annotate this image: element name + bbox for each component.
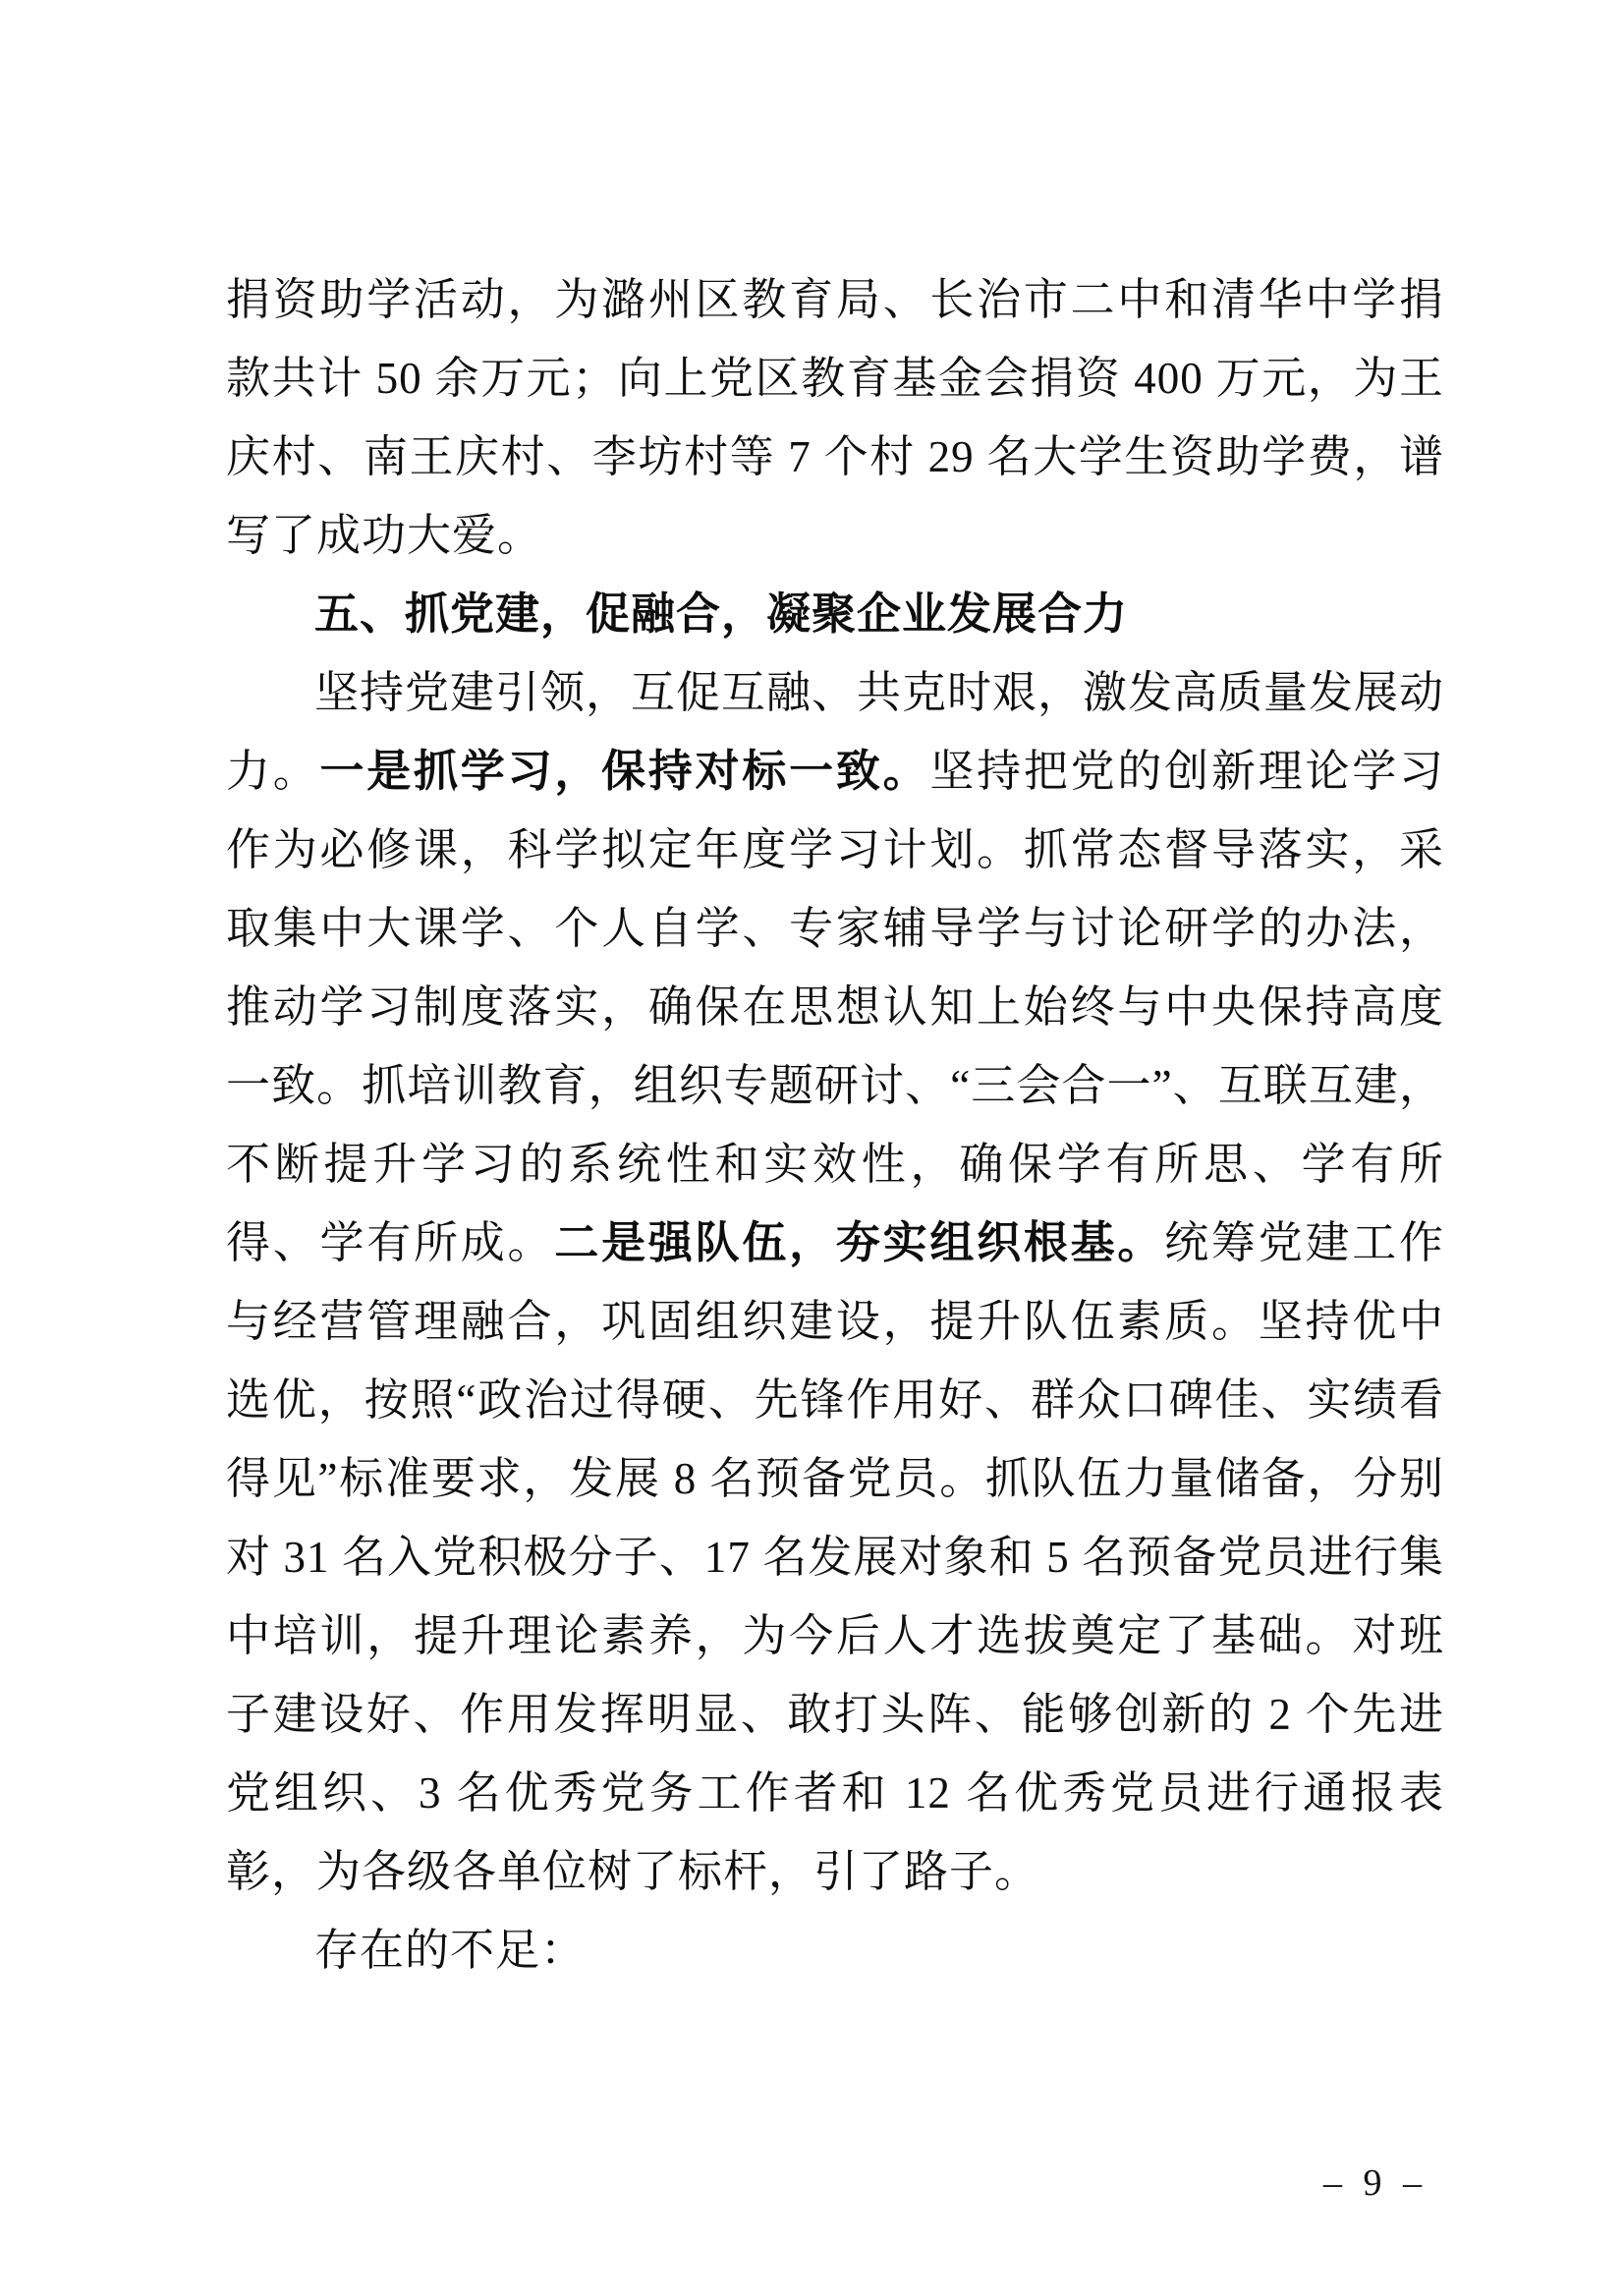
heading-text-run: 五、抓党建，促融合，凝聚企业发展合力 — [314, 588, 1128, 640]
page-number: – 9 – — [1307, 2157, 1444, 2209]
text-run: 坚持把党的创新理论学习作为必修课，科学拟定年度学习计划。抓常态督导落实，采取集中… — [226, 747, 1444, 1267]
paragraph-shortcomings-label: 存在的不足： — [226, 1911, 1444, 1989]
document-page: 捐资助学活动，为潞州区教育局、长治市二中和清华中学捐款共计 50 余万元；向上党… — [0, 0, 1624, 2296]
paragraph-continued: 捐资助学活动，为潞州区教育局、长治市二中和清华中学捐款共计 50 余万元；向上党… — [226, 260, 1444, 575]
paragraph-body: 坚持党建引领，互促互融、共克时艰，激发高质量发展动力。一是抓学习，保持对标一致。… — [226, 653, 1444, 1911]
bold-text-run: 一是抓学习，保持对标一致。 — [320, 745, 930, 797]
document-content: 捐资助学活动，为潞州区教育局、长治市二中和清华中学捐款共计 50 余万元；向上党… — [226, 260, 1444, 1989]
bold-text-run: 二是强队伍，夯实组织根基。 — [554, 1216, 1164, 1268]
text-run: 统筹党建工作与经营管理融合，巩固组织建设，提升队伍素质。坚持优中选优，按照“政治… — [226, 1218, 1444, 1896]
section-heading: 五、抓党建，促融合，凝聚企业发展合力 — [226, 575, 1444, 653]
text-run: 存在的不足： — [314, 1926, 586, 1975]
text-run: 捐资助学活动，为潞州区教育局、长治市二中和清华中学捐款共计 50 余万元；向上党… — [226, 275, 1444, 560]
